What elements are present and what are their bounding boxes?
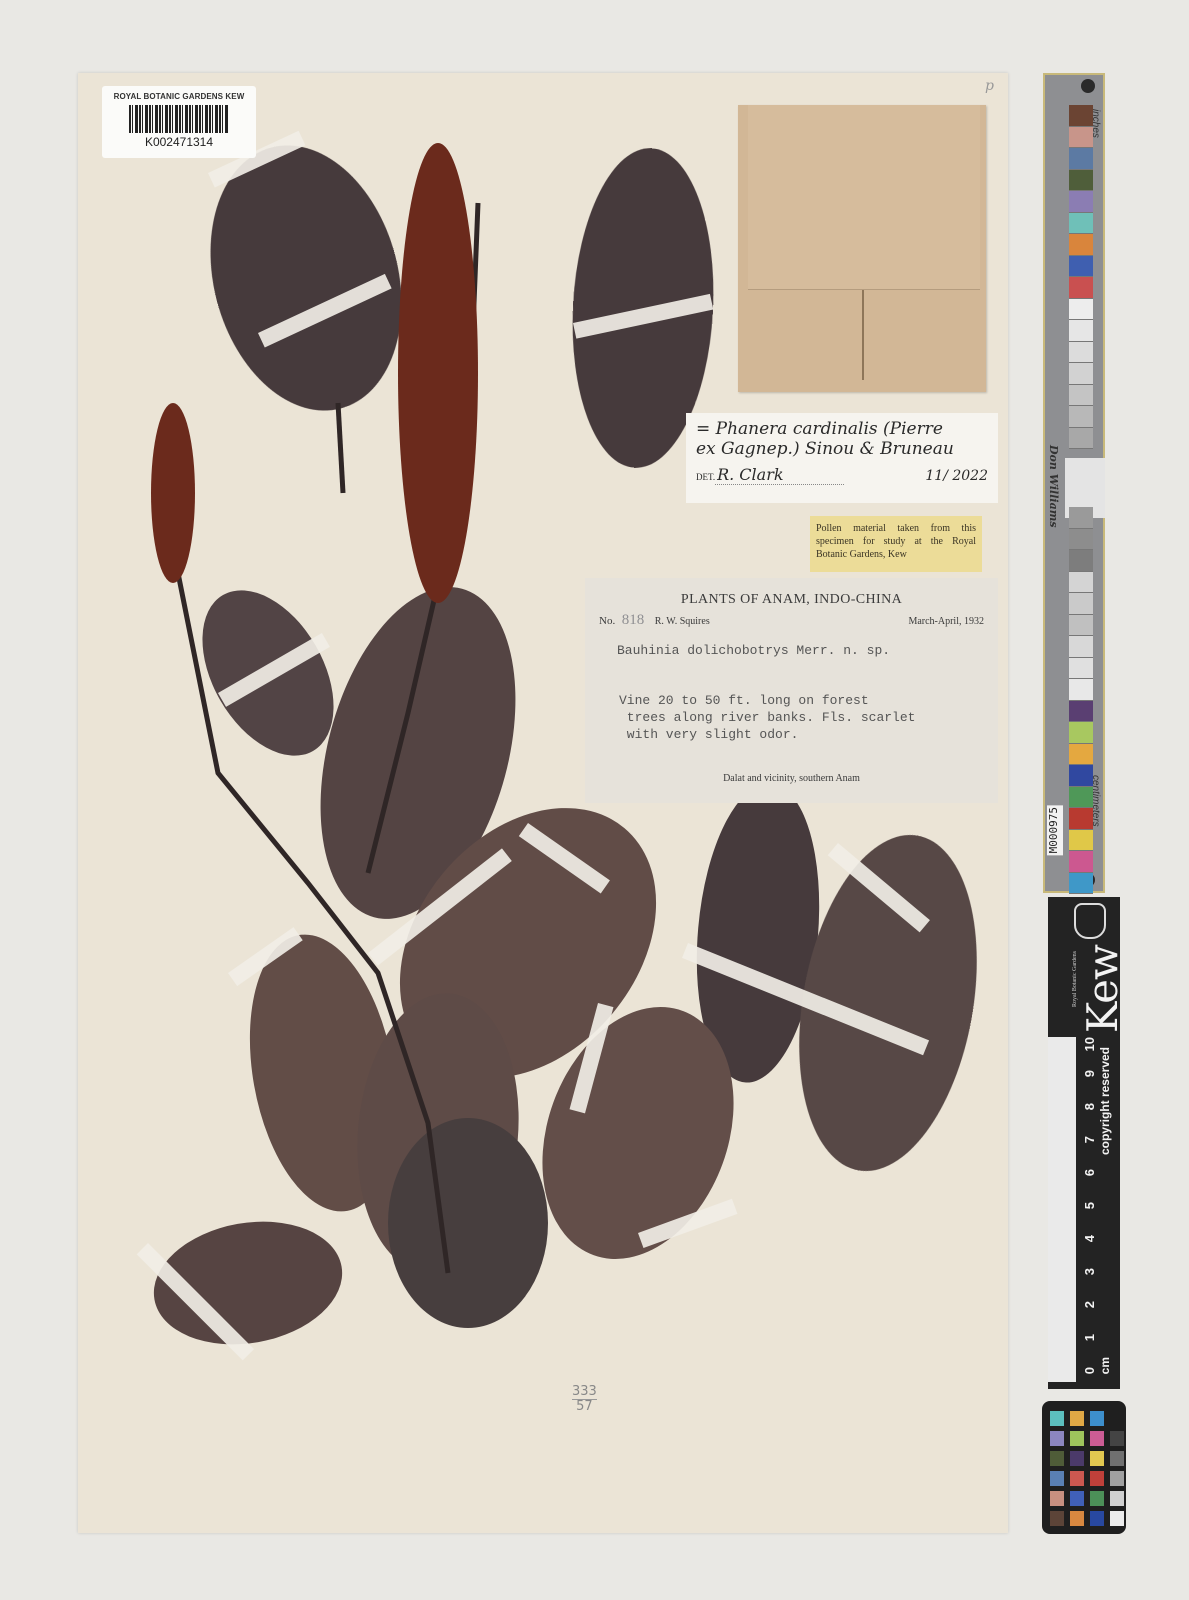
color-patch <box>1069 170 1093 192</box>
color-patches <box>1069 105 1093 894</box>
ruler-scale <box>1048 1037 1076 1382</box>
color-patch <box>1069 593 1093 615</box>
determination-date: 11/ 2022 <box>925 468 988 484</box>
checker-cell <box>1050 1471 1064 1486</box>
ruler-tick-label: 1 <box>1082 1334 1097 1341</box>
color-patch <box>1069 808 1093 830</box>
checker-cell <box>1070 1451 1084 1466</box>
checker-cell <box>1110 1451 1124 1466</box>
determiner-name: R. Clark <box>715 465 843 485</box>
field-notes: Vine 20 to 50 ft. long on forest trees a… <box>619 692 984 743</box>
color-patch <box>1069 277 1093 299</box>
color-patch <box>1069 342 1093 364</box>
institution-name: ROYAL BOTANIC GARDENS KEW <box>114 92 245 101</box>
collection-date: March-April, 1932 <box>908 616 984 627</box>
color-patch <box>1069 722 1093 744</box>
checker-cell <box>1070 1471 1084 1486</box>
ruler-tick-label: 9 <box>1082 1070 1097 1077</box>
ruler-tick-label: 6 <box>1082 1169 1097 1176</box>
ruler-tick-label: 7 <box>1082 1136 1097 1143</box>
kew-crest-icon <box>1074 903 1106 939</box>
scale-brand: Don Williams <box>1047 445 1060 528</box>
color-checker-card <box>1042 1401 1126 1534</box>
color-patch <box>1069 191 1093 213</box>
ruler-tick-label: 10 <box>1082 1037 1097 1051</box>
kew-cm-ruler: Royal Botanic Gardens Kew copyright rese… <box>1048 897 1120 1389</box>
checker-cell <box>1110 1491 1124 1506</box>
fragment-envelope <box>738 105 986 392</box>
checker-cell <box>1110 1411 1124 1426</box>
ruler-tick-label: 2 <box>1082 1301 1097 1308</box>
hole-icon <box>1081 79 1095 93</box>
envelope-seam <box>862 290 864 380</box>
scale-id: M000975 <box>1047 805 1063 855</box>
checker-cell <box>1050 1451 1064 1466</box>
checker-cell <box>1070 1491 1084 1506</box>
checker-cell <box>1110 1431 1124 1446</box>
pencil-annotation: 333 57 <box>572 1385 597 1414</box>
determination-slip: = Phanera cardinalis (Pierre ex Gagnep.)… <box>686 413 998 503</box>
color-patch <box>1069 550 1093 572</box>
ruler-tick-label: 8 <box>1082 1103 1097 1110</box>
color-patch <box>1069 765 1093 787</box>
collection-label: PLANTS OF ANAM, INDO-CHINA No. 818 R. W.… <box>585 578 998 803</box>
color-patch <box>1069 234 1093 256</box>
checker-cell <box>1090 1471 1104 1486</box>
checker-cell <box>1090 1511 1104 1526</box>
color-patch <box>1069 320 1093 342</box>
number-label: No. <box>599 615 615 627</box>
checker-cell <box>1070 1431 1084 1446</box>
locality: Dalat and vicinity, southern Anam <box>599 773 984 784</box>
det-label: DET. <box>696 472 715 482</box>
color-patch <box>1069 148 1093 170</box>
species-name: Bauhinia dolichobotrys Merr. n. sp. <box>617 643 984 658</box>
pencil-annotation-bottom: 57 <box>572 1399 597 1414</box>
ruler-tick-label: 4 <box>1082 1235 1097 1242</box>
kew-logo: Kew <box>1078 945 1127 1033</box>
color-patch <box>1069 572 1093 594</box>
color-patch <box>1069 363 1093 385</box>
collection-number: 818 <box>622 612 645 628</box>
barcode-icon <box>129 105 229 133</box>
color-patch <box>1069 529 1093 551</box>
checker-cell <box>1070 1411 1084 1426</box>
checker-cell <box>1090 1491 1104 1506</box>
color-scale-strip: inches centimeters Don Williams M000975 <box>1043 73 1105 893</box>
pencil-annotation-top: 333 <box>572 1385 597 1399</box>
checker-cell <box>1050 1491 1064 1506</box>
checker-cell <box>1050 1411 1064 1426</box>
ruler-tick-label: 0 <box>1082 1367 1097 1374</box>
color-patch <box>1069 787 1093 809</box>
checker-cell <box>1070 1511 1084 1526</box>
checker-cell <box>1090 1451 1104 1466</box>
color-patch <box>1069 615 1093 637</box>
color-patch <box>1069 658 1093 680</box>
checker-cell <box>1090 1411 1104 1426</box>
color-patch <box>1069 744 1093 766</box>
color-patch <box>1069 127 1093 149</box>
pollen-note-slip: Pollen material taken from this specimen… <box>810 516 982 572</box>
corner-pencil-mark: p <box>985 78 994 94</box>
color-patch <box>1069 679 1093 701</box>
determination-name-line1: = Phanera cardinalis (Pierre <box>696 419 988 439</box>
color-patch <box>1069 406 1093 428</box>
color-patch <box>1069 428 1093 450</box>
copyright-text: copyright reserved <box>1098 1047 1112 1155</box>
collector-name: R. W. Squires <box>655 616 710 627</box>
envelope-flap <box>748 105 980 290</box>
ruler-tick-label: 5 <box>1082 1202 1097 1209</box>
color-patch <box>1069 105 1093 127</box>
cm-unit: cm <box>1098 1357 1112 1374</box>
color-patch <box>1069 507 1093 529</box>
color-patch <box>1069 299 1093 321</box>
checker-cell <box>1050 1511 1064 1526</box>
color-patch <box>1069 256 1093 278</box>
color-patch <box>1069 701 1093 723</box>
determination-name-line2: ex Gagnep.) Sinou & Bruneau <box>696 439 988 459</box>
checker-cell <box>1090 1431 1104 1446</box>
ruler-tick-label: 3 <box>1082 1268 1097 1275</box>
color-patch <box>1069 636 1093 658</box>
barcode-label: ROYAL BOTANIC GARDENS KEW K002471314 <box>102 86 256 158</box>
label-title: PLANTS OF ANAM, INDO-CHINA <box>599 592 984 608</box>
color-patch <box>1069 213 1093 235</box>
color-patch <box>1069 385 1093 407</box>
color-patch <box>1069 830 1093 852</box>
barcode-number: K002471314 <box>145 135 213 149</box>
color-patch <box>1069 873 1093 895</box>
checker-cell <box>1050 1431 1064 1446</box>
checker-cell <box>1110 1511 1124 1526</box>
color-patch <box>1069 851 1093 873</box>
checker-cell <box>1110 1471 1124 1486</box>
